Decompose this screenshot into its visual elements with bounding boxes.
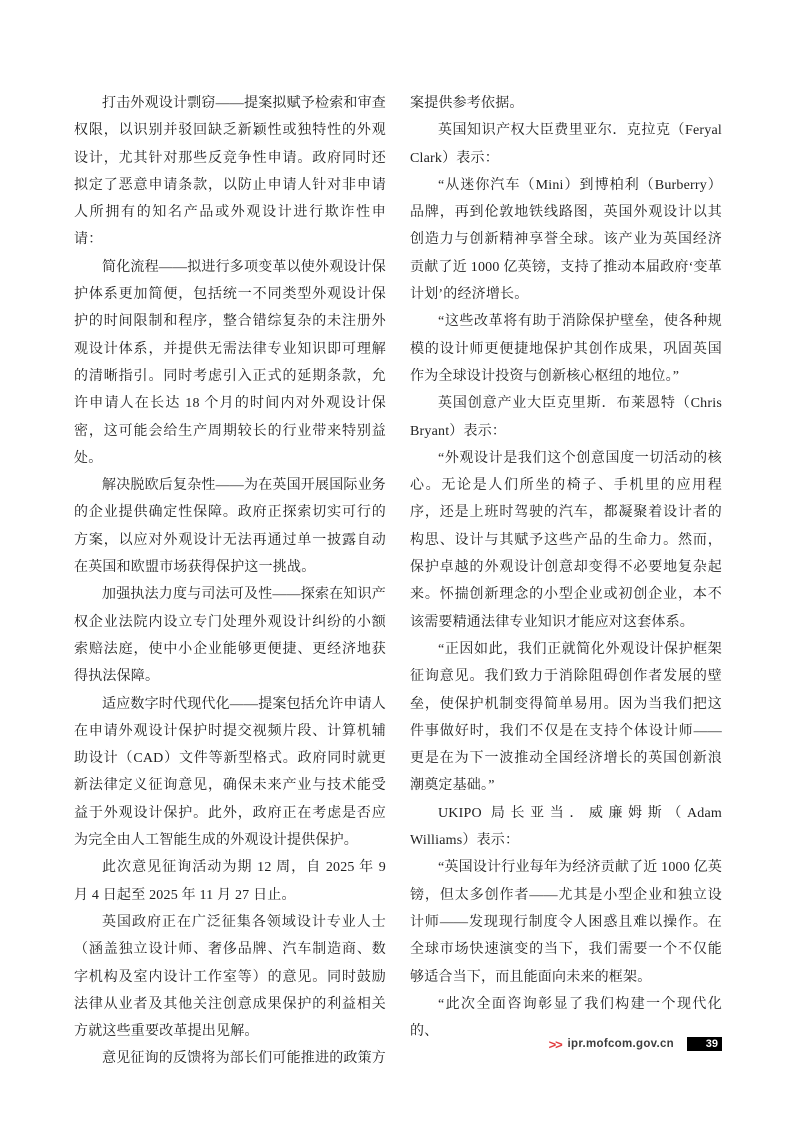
paragraph: “英国设计行业每年为经济贡献了近 1000 亿英镑，但太多创作者——尤其是小型企…	[410, 854, 722, 990]
page-footer: >> ipr.mofcom.gov.cn 39	[548, 1037, 722, 1051]
paragraph: 适应数字时代现代化——提案包括允许申请人在申请外观设计保护时提交视频片段、计算机…	[74, 691, 386, 855]
paragraph: 解决脱欧后复杂性——为在英国开展国际业务的企业提供确定性保障。政府正探索切实可行…	[74, 472, 386, 581]
paragraph: 英国创意产业大臣克里斯．布莱恩特（Chris Bryant）表示：	[410, 390, 722, 445]
paragraph: 此次意见征询活动为期 12 周，自 2025 年 9 月 4 日起至 2025 …	[74, 854, 386, 909]
right-column: 案提供参考依据。英国知识产权大臣费里亚尔．克拉克（Feryal Clark）表示…	[410, 90, 722, 1045]
paragraph: 简化流程——拟进行多项变革以使外观设计保护体系更加简便，包括统一不同类型外观设计…	[74, 254, 386, 472]
paragraph: UKIPO 局长亚当．威廉姆斯（Adam Williams）表示：	[410, 800, 722, 855]
paragraph: 英国政府正在广泛征集各领域设计专业人士（涵盖独立设计师、奢侈品牌、汽车制造商、数…	[74, 909, 386, 1045]
paragraph: 意见征询的反馈将为部长们可能推进的政策方	[74, 1045, 386, 1072]
paragraph: “这些改革将有助于消除保护壁垒，使各种规模的设计师更便捷地保护其创作成果，巩固英…	[410, 308, 722, 390]
paragraph: “外观设计是我们这个创意国度一切活动的核心。无论是人们所坐的椅子、手机里的应用程…	[410, 445, 722, 636]
document-page: 打击外观设计剽窃——提案拟赋予检索和审查权限，以识别并驳回缺乏新颖性或独特性的外…	[0, 0, 794, 1123]
paragraph: “从迷你汽车（Mini）到博柏利（Burberry）品牌，再到伦敦地铁线路图，英…	[410, 172, 722, 308]
footer-url: ipr.mofcom.gov.cn	[568, 1038, 674, 1050]
paragraph: 加强执法力度与司法可及性——探索在知识产权企业法院内设立专门处理外观设计纠纷的小…	[74, 581, 386, 690]
page-number-badge: 39	[687, 1037, 722, 1051]
paragraph: 英国知识产权大臣费里亚尔．克拉克（Feryal Clark）表示：	[410, 117, 722, 172]
paragraph: 打击外观设计剽窃——提案拟赋予检索和审查权限，以识别并驳回缺乏新颖性或独特性的外…	[74, 90, 386, 254]
left-column: 打击外观设计剽窃——提案拟赋予检索和审查权限，以识别并驳回缺乏新颖性或独特性的外…	[74, 90, 386, 1073]
page-number: 39	[706, 1039, 718, 1050]
paragraph: “正因如此，我们正就简化外观设计保护框架征询意见。我们致力于消除阻碍创作者发展的…	[410, 636, 722, 800]
paragraph: 案提供参考依据。	[410, 90, 722, 117]
double-chevron-icon: >>	[548, 1038, 561, 1051]
